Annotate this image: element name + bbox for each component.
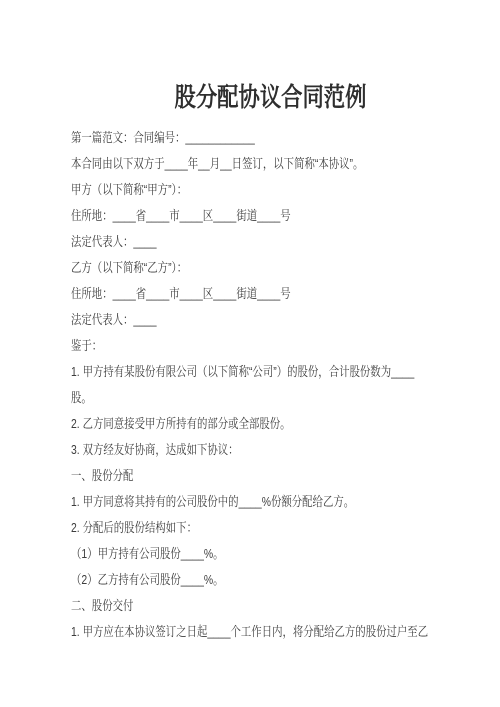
document-line: 一、股份分配 [71,463,390,489]
document-line: 3. 双方经友好协商，达成如下协议： [71,437,390,463]
document-line: 鉴于： [71,333,390,359]
document-line: 法定代表人：____ [71,307,390,333]
document-line: 1. 甲方同意将其持有的公司股份中的____%份额分配给乙方。 [71,489,390,515]
document-line: 住所地：____省____市____区____街道____号 [71,203,390,229]
document-line: 二、股份交付 [71,593,390,619]
document-line: 甲方（以下简称“甲方”）： [71,177,390,203]
document-line: 法定代表人：____ [71,229,390,255]
document-line: （2）乙方持有公司股份____%。 [71,567,390,593]
document-line: 1. 甲方持有某股份有限公司（以下简称“公司”）的股份，合计股份数为____ [71,359,390,385]
document-line: 住所地：____省____市____区____街道____号 [71,281,390,307]
document-line: 2. 分配后的股份结构如下： [71,515,390,541]
document-line: 股。 [71,385,390,411]
document-line: 第一篇范文：合同编号：____________ [71,125,390,151]
document-page: 股分配协议合同范例 第一篇范文：合同编号：____________本合同由以下双… [0,0,500,707]
document-line: 2. 乙方同意接受甲方所持有的部分或全部股份。 [71,411,390,437]
document-line: （1）甲方持有公司股份____%。 [71,541,390,567]
document-line: 本合同由以下双方于____年__月__日签订，以下简称“本协议”。 [71,151,390,177]
document-line: 1. 甲方应在本协议签订之日起____个工作日内，将分配给乙方的股份过户至乙 [71,619,390,645]
document-title: 股分配协议合同范例 [107,84,434,110]
document-line: 乙方（以下简称“乙方”）： [71,255,390,281]
document-body: 第一篇范文：合同编号：____________本合同由以下双方于____年__月… [71,125,470,645]
